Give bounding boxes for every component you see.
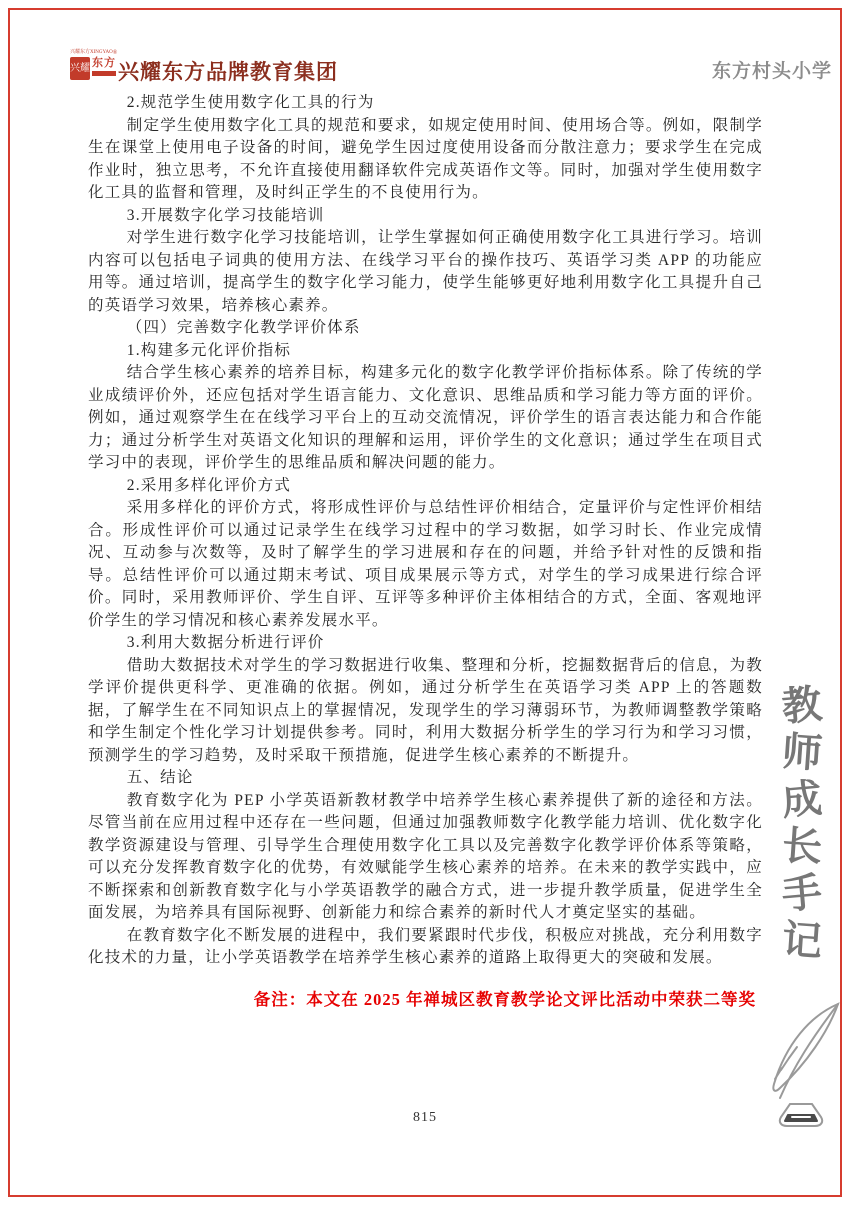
paragraph: 制定学生使用数字化工具的规范和要求，如规定使用时间、使用场合等。例如，限制学生在…: [88, 115, 763, 205]
seal-stamp-left: 兴耀: [70, 57, 90, 80]
caption-char: 长: [774, 823, 829, 874]
paragraph: 教育数字化为 PEP 小学英语新教材教学中培养学生核心素养提供了新的途径和方法。…: [88, 790, 763, 925]
section-heading: 2.规范学生使用数字化工具的行为: [88, 92, 763, 115]
seal-top-text: 兴耀东方XINGYAO®: [70, 50, 118, 56]
school-name: 东方村头小学: [712, 56, 832, 83]
award-note: 备注：本文在 2025 年禅城区教育教学论文评比活动中荣获二等奖: [88, 986, 756, 1010]
page-number: 815: [0, 1110, 850, 1126]
article-body: 2.规范学生使用数字化工具的行为 制定学生使用数字化工具的规范和要求，如规定使用…: [88, 92, 763, 972]
seal-stamp-right: 东方: [92, 57, 116, 76]
section-heading: 3.利用大数据分析进行评价: [88, 632, 763, 655]
registered-trademark-icon: ®: [113, 50, 118, 56]
paragraph: 采用多样化的评价方式，将形成性评价与总结性评价相结合，定量评价与定性评价相结合。…: [88, 497, 763, 632]
caption-char: 师: [774, 729, 829, 780]
paragraph: 对学生进行数字化学习技能培训，让学生掌握如何正确使用数字化工具进行学习。培训内容…: [88, 227, 763, 317]
paragraph: 在教育数字化不断发展的进程中，我们要紧跟时代步伐，积极应对挑战，充分利用数字化技…: [88, 925, 763, 970]
caption-char: 记: [774, 917, 829, 968]
teacher-growth-journal-caption: 教 师 成 长 手 记: [776, 684, 828, 966]
caption-char: 教: [774, 682, 830, 733]
caption-char: 成: [774, 776, 830, 827]
document-page: { "colors":{"border_red":"#d63c2f","bran…: [0, 0, 850, 1205]
paragraph: 借助大数据技术对学生的学习数据进行收集、整理和分析，挖掘数据背后的信息，为教学评…: [88, 655, 763, 768]
section-heading: 五、结论: [88, 767, 763, 790]
brand-title: 兴耀东方品牌教育集团: [118, 56, 338, 86]
paragraph: 结合学生核心素养的培养目标，构建多元化的数字化教学评价指标体系。除了传统的学业成…: [88, 362, 763, 475]
section-heading: 2.采用多样化评价方式: [88, 475, 763, 498]
section-heading: （四）完善数字化教学评价体系: [88, 317, 763, 340]
section-heading: 3.开展数字化学习技能培训: [88, 205, 763, 228]
section-heading: 1.构建多元化评价指标: [88, 340, 763, 363]
caption-char: 手: [774, 870, 830, 921]
brand-seal-logo-icon: 兴耀东方XINGYAO® 兴耀 东方: [70, 50, 118, 80]
